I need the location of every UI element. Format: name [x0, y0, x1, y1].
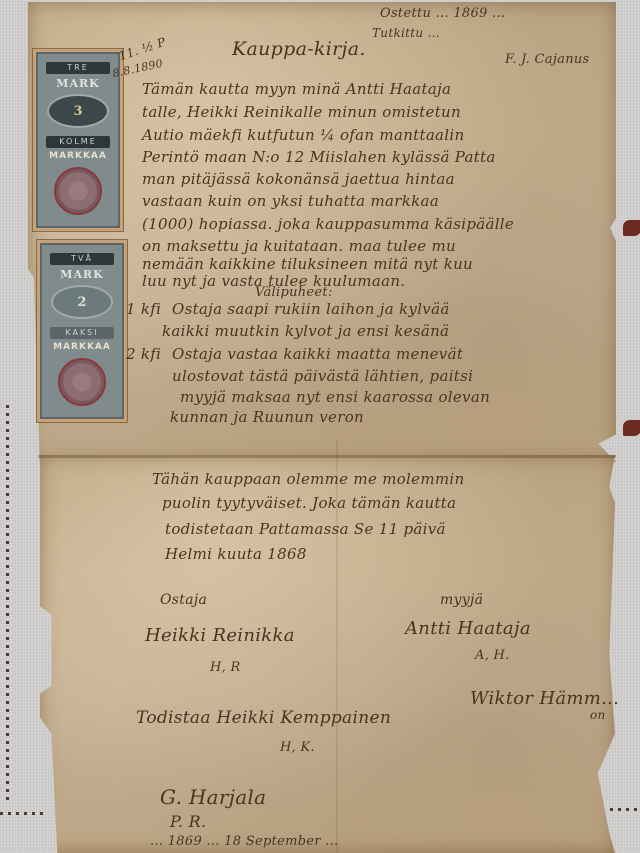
- stamp-mark-label: MARK: [42, 268, 122, 281]
- document-page-bottom: [40, 455, 615, 853]
- closing-line: todistetaan Pattamassa Se 11 päivä: [165, 520, 446, 538]
- stamp-value: 3: [47, 94, 109, 128]
- buyer-initials: H, R: [210, 660, 241, 675]
- official-signature: G. Harjala: [160, 785, 266, 809]
- cloth-stitching: [6, 400, 9, 800]
- cloth-embroidery: [623, 420, 640, 436]
- stamp-cancel-seal-icon: [58, 358, 106, 406]
- body-line: Autio mäekfi kutfutun ¼ ofan manttaalin: [142, 126, 464, 144]
- condition-number: 2 kfi: [126, 345, 161, 363]
- cloth-stitching: [610, 808, 640, 811]
- condition-line: kunnan ja Ruunun veron: [170, 408, 364, 426]
- bottom-note-line: ... 1869 ... 18 September ...: [150, 834, 339, 849]
- official-initials: P. R.: [170, 812, 206, 831]
- body-line: talle, Heikki Reinikalle minun omistetun: [142, 103, 461, 121]
- annotation-top-right-line1: Ostettu ... 1869 ...: [380, 6, 505, 21]
- body-line: vastaan kuin on yksi tuhatta markkaa: [142, 192, 439, 210]
- witness-right-signature: Wiktor Hämm...: [470, 688, 619, 709]
- buyer-label: Ostaja: [160, 592, 207, 608]
- stamp-middle-text: KOLME: [46, 136, 110, 148]
- annotation-top-right-line2: Tutkittu ...: [372, 26, 440, 40]
- stamp-bottom-text: MARKKAA: [38, 151, 118, 161]
- body-line: on maksettu ja kuitataan. maa tulee mu: [142, 237, 456, 255]
- condition-number: 1 kfi: [126, 300, 161, 318]
- body-line: Tämän kautta myyn minä Antti Haataja: [142, 80, 451, 98]
- revenue-stamp-3-mark: TRE MARK 3 KOLME MARKKAA: [36, 52, 120, 228]
- annotation-signature-cajanus: F. J. Cajanus: [505, 52, 590, 67]
- revenue-stamp-2-mark: TVÅ MARK 2 KAKSI MARKKAA: [40, 243, 124, 419]
- conditions-heading: Välipuheet:: [255, 285, 333, 300]
- seller-signature: Antti Haataja: [405, 618, 531, 639]
- closing-line: Tähän kauppaan olemme me molemmin: [152, 470, 464, 488]
- body-line: man pitäjässä kokonänsä jaettua hintaa: [142, 170, 455, 188]
- stamp-mark-label: MARK: [38, 77, 118, 90]
- cloth-embroidery: [623, 220, 640, 236]
- witness-left-signature: Todistaa Heikki Kemppainen: [136, 708, 391, 728]
- condition-line: kaikki muutkin kylvot ja ensi kesänä: [162, 322, 449, 340]
- seller-initials: A, H.: [475, 648, 510, 663]
- condition-line: Ostaja vastaa kaikki maatta menevät: [172, 345, 463, 363]
- stamp-cancel-seal-icon: [54, 167, 102, 215]
- body-line: nemään kaikkine tiluksineen mitä nyt kuu: [142, 255, 473, 273]
- cloth-stitching: [0, 812, 45, 815]
- closing-line: Helmi kuuta 1868: [165, 545, 307, 563]
- stamp-bottom-text: MARKKAA: [42, 342, 122, 352]
- buyer-signature: Heikki Reinikka: [145, 625, 295, 646]
- witness-left-initials: H, K.: [280, 740, 315, 755]
- condition-line: Ostaja saapi rukiin laihon ja kylvää: [172, 300, 450, 318]
- condition-line: myyjä maksaa nyt ensi kaarossa olevan: [180, 388, 490, 406]
- closing-line: puolin tyytyväiset. Joka tämän kautta: [162, 494, 456, 512]
- stamp-top-text: TRE: [46, 62, 110, 74]
- stamp-middle-text: KAKSI: [50, 327, 114, 339]
- witness-right-suffix: on: [590, 708, 606, 722]
- body-line: (1000) hopiassa. joka kauppasumma käsipä…: [142, 215, 514, 233]
- seller-label: myyjä: [440, 592, 483, 608]
- body-line: Perintö maan N:o 12 Miislahen kylässä Pa…: [142, 148, 496, 166]
- stamp-value: 2: [51, 285, 113, 319]
- document-title: Kauppa-kirja.: [232, 38, 366, 60]
- condition-line: ulostovat tästä päivästä lähtien, paitsi: [172, 367, 473, 385]
- paper-fold: [38, 455, 616, 458]
- stamp-top-text: TVÅ: [50, 253, 114, 265]
